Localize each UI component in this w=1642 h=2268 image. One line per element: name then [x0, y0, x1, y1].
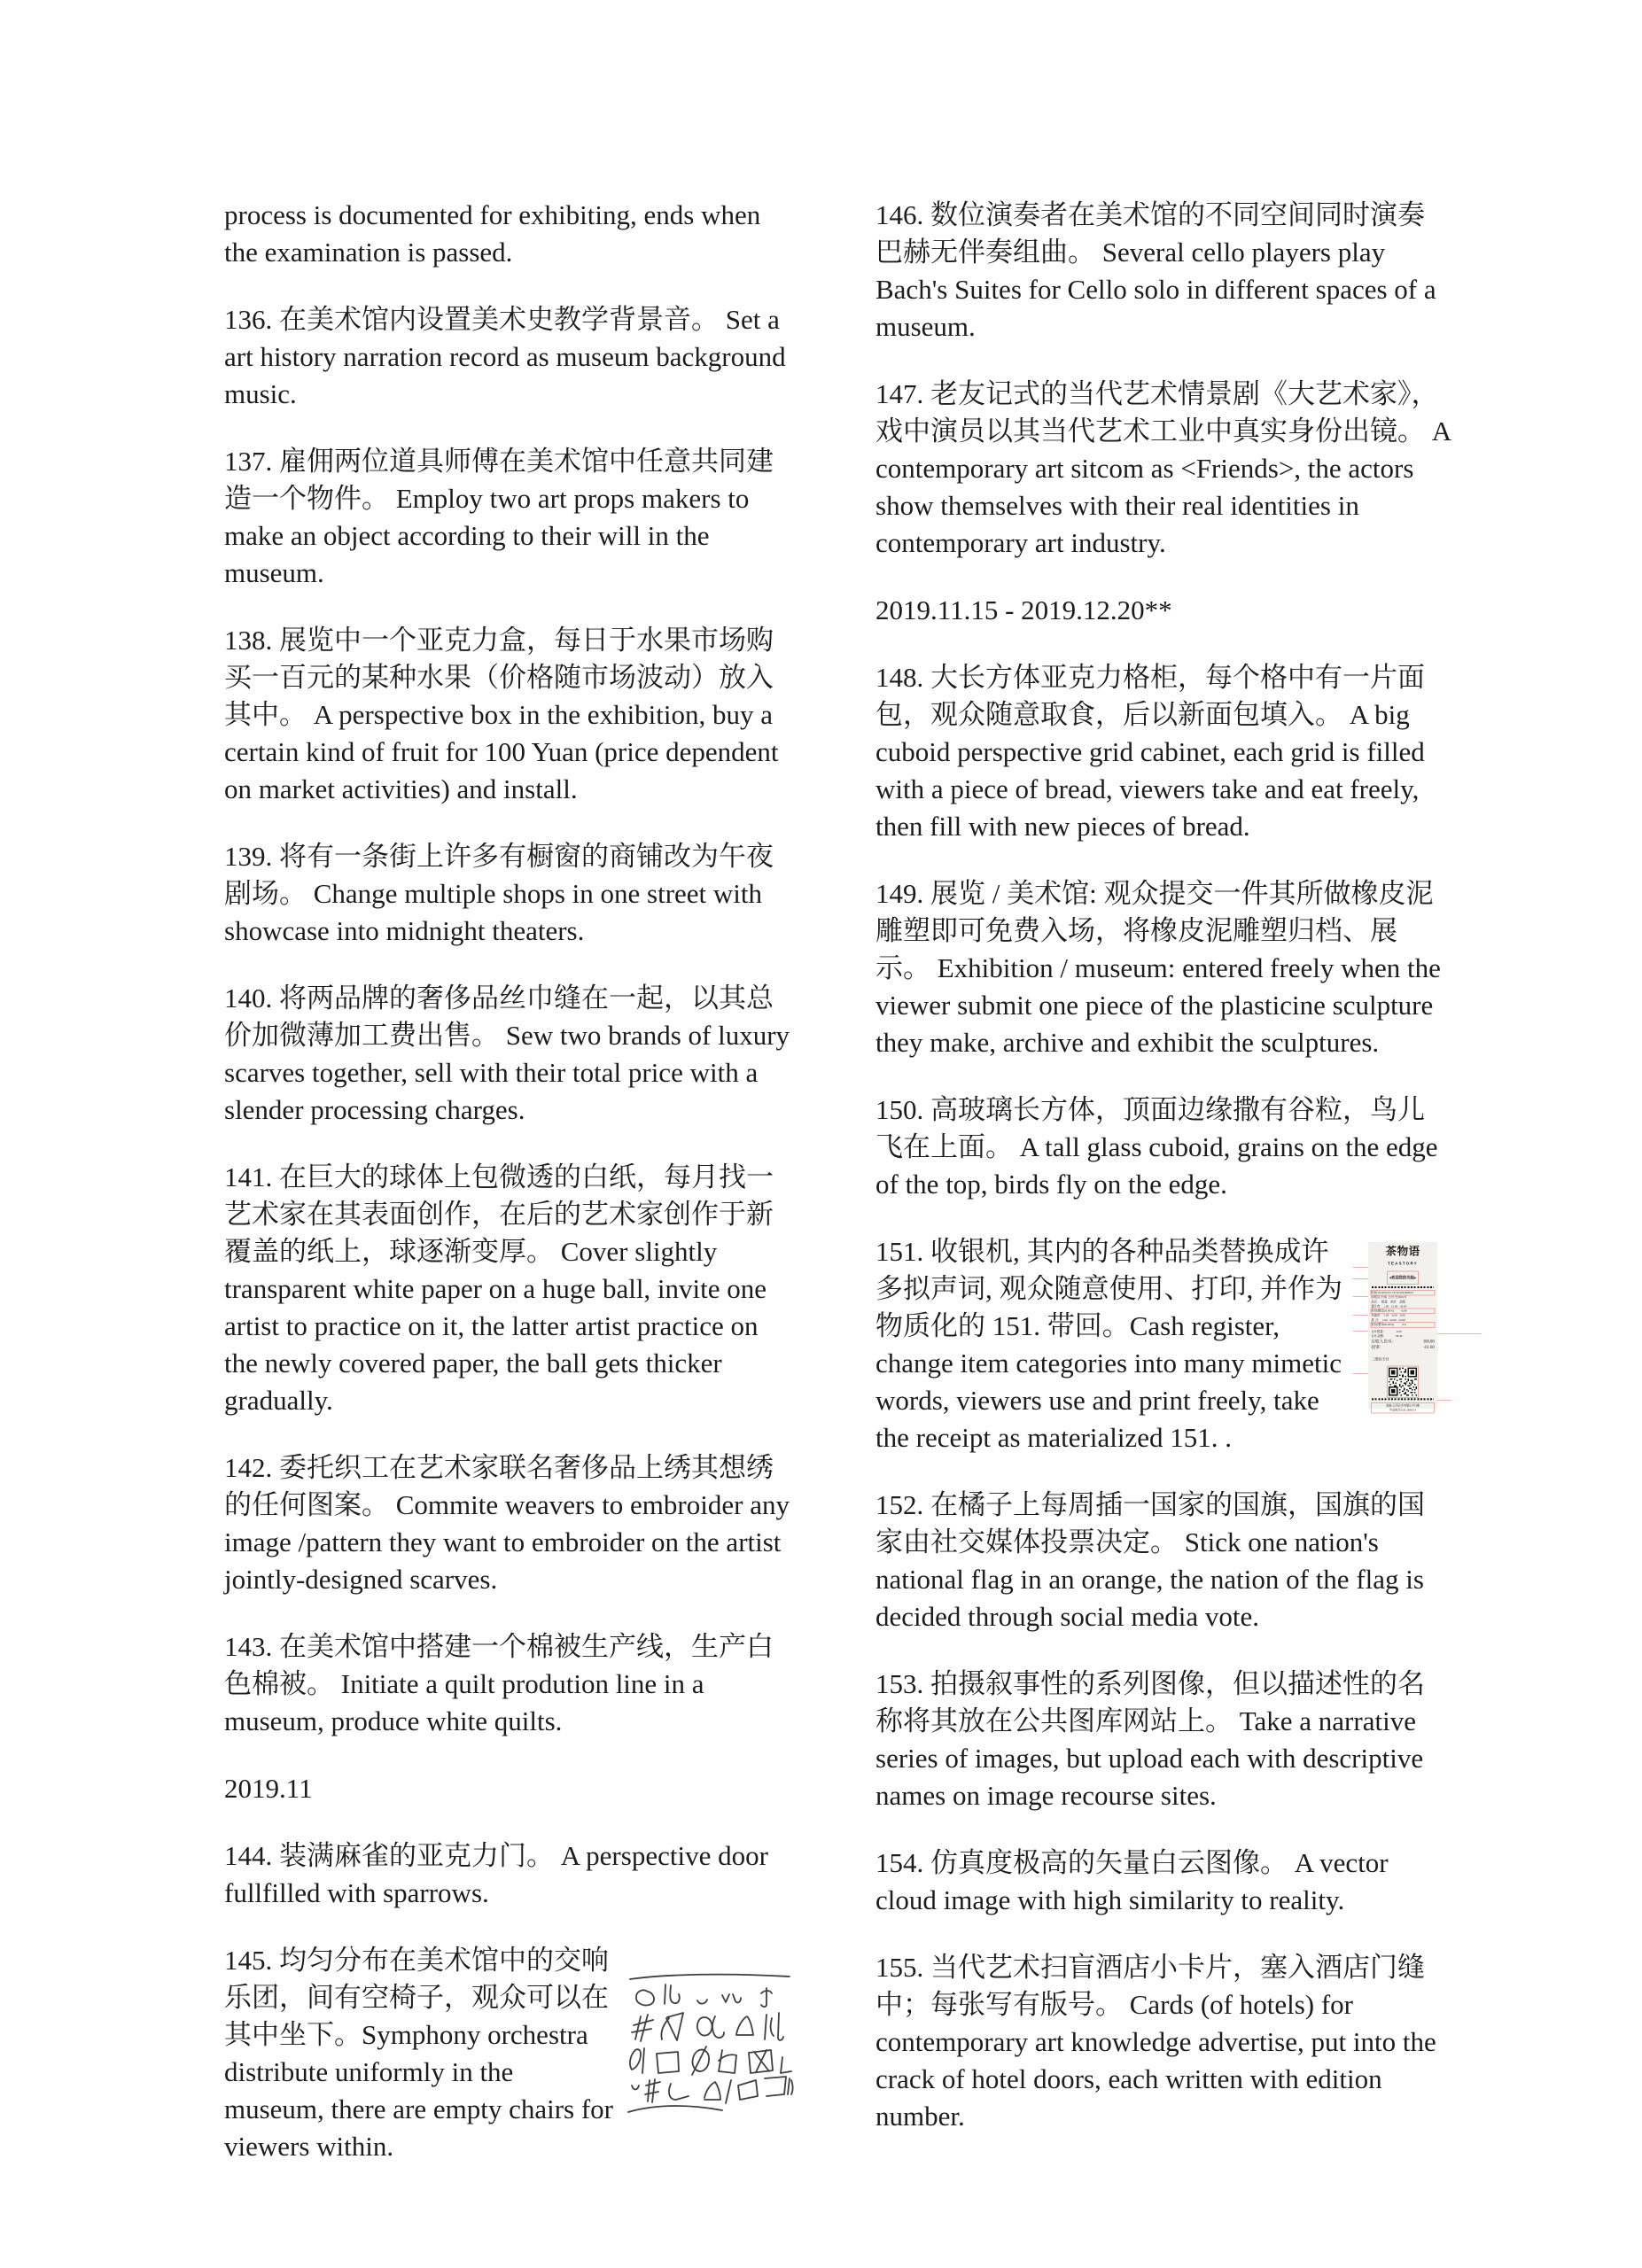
- item-151: 151. 收银机, 其内的各种品类替换成许多拟声词, 观众随意使用、打印, 并作…: [875, 1233, 1451, 1456]
- annotation-line: [1437, 1400, 1451, 1401]
- item-150: 150. 高玻璃长方体，顶面边缘撒有谷粒，鸟儿飞在上面。 A tall glas…: [875, 1091, 1451, 1203]
- annotation-line: [1353, 1267, 1368, 1268]
- handwriting-sketch: [623, 1961, 797, 2119]
- item-153: 153. 拍摄叙事性的系列图像，但以描述性的名称将其放在公共图库网站上。 Tak…: [875, 1666, 1451, 1814]
- annotation-line: [1353, 1315, 1368, 1316]
- annotation-line: [1353, 1331, 1368, 1332]
- receipt-footer: 地址:天河区车村镇口号3楼 外送电话:020-2896114: [1371, 1402, 1434, 1413]
- receipt-paid-label: 实收人民币:: [1371, 1339, 1393, 1345]
- receipt-logo: 茶物语: [1371, 1246, 1434, 1257]
- receipt-change-label: 找零:: [1371, 1345, 1381, 1351]
- annotation-line: [1353, 1278, 1368, 1279]
- annotation-line: [1437, 1333, 1482, 1334]
- item-145: 145. 均匀分布在美术馆中的交响乐团，间有空椅子，观众可以在其中坐下。Symp…: [224, 1942, 798, 2165]
- item-151-text: 151. 收银机, 其内的各种品类替换成许多拟声词, 观众随意使用、打印, 并作…: [875, 1233, 1354, 1456]
- receipt-dotted-divider: [1372, 1286, 1434, 1288]
- receipt-paid-value: 100.00: [1423, 1339, 1435, 1345]
- item-154: 154. 仿真度极高的矢量白云图像。 A vector cloud image …: [875, 1845, 1451, 1919]
- right-column: 146. 数位演奏者在美术馆的不同空间同时演奏巴赫无伴奏组曲。 Several …: [875, 197, 1451, 2135]
- item-155: 155. 当代艺术扫盲酒店小卡片，塞入酒店门缝中；每张写有版号。 Cards (…: [875, 1949, 1451, 2135]
- item-149: 149. 展览 / 美术馆: 观众提交一件其所做橡皮泥雕塑即可免费入场，将橡皮泥…: [875, 875, 1451, 1061]
- date-range-2019-11-15-2019-12-20: 2019.11.15 - 2019.12.20**: [875, 592, 1451, 629]
- receipt-footer-phone: 外送电话:020-2896114: [1372, 1408, 1433, 1412]
- receipt-dotted-divider: [1372, 1398, 1434, 1400]
- receipt-image: 茶物语 TEASTORY ◂欢迎您的光临▸ 时间:2016/02/01 18:4…: [1368, 1242, 1437, 1409]
- receipt-qr-label: 二维码支付: [1371, 1353, 1434, 1365]
- item-139: 139. 将有一条街上许多有橱窗的商铺改为午夜剧场。 Change multip…: [224, 838, 798, 950]
- receipt-row-discount-2: 折扣(整单20.00%) 9.6: [1371, 1323, 1434, 1327]
- item-138: 138. 展览中一个亚克力盒，每日于水果市场购买一百元的某种水果（价格随市场波动…: [224, 622, 798, 808]
- item-144: 144. 装满麻雀的亚克力门。 A perspective door fullf…: [224, 1837, 798, 1912]
- qr-code: [1389, 1368, 1417, 1396]
- receipt-paper: 茶物语 TEASTORY ◂欢迎您的光临▸ 时间:2016/02/01 18:4…: [1368, 1242, 1437, 1409]
- annotation-line: [1353, 1373, 1368, 1374]
- document-page: process is documented for exhibiting, en…: [0, 0, 1642, 2268]
- item-143: 143. 在美术馆中搭建一个棉被生产线，生产白色棉被。 Initiate a q…: [224, 1628, 798, 1740]
- item-140: 140. 将两品牌的奢侈品丝巾缝在一起，以其总价加微薄加工费出售。 Sew tw…: [224, 980, 798, 1129]
- annotation-line: [1353, 1296, 1368, 1297]
- item-148: 148. 大长方体亚克力格柜，每个格中有一片面包，观众随意取食，后以新面包填入。…: [875, 659, 1451, 845]
- item-136: 136. 在美术馆内设置美术史教学背景音。 Set a art history …: [224, 301, 798, 413]
- item-137: 137. 雇佣两位道具师傅在美术馆中任意共同建造一个物件。 Employ two…: [224, 443, 798, 592]
- item-141: 141. 在巨大的球体上包微透的白纸，每月找一艺术家在其表面创作，在后的艺术家创…: [224, 1159, 798, 1419]
- date-2019-11: 2019.11: [224, 1770, 798, 1807]
- left-column: process is documented for exhibiting, en…: [224, 197, 798, 2165]
- receipt-welcome-line: ◂欢迎您的光临▸: [1388, 1271, 1418, 1284]
- item-147: 147. 老友记式的当代艺术情景剧《大艺术家》，戏中演员以其当代艺术工业中真实身…: [875, 376, 1451, 562]
- item-135-continuation: process is documented for exhibiting, en…: [224, 197, 798, 271]
- item-146: 146. 数位演奏者在美术馆的不同空间同时演奏巴赫无伴奏组曲。 Several …: [875, 197, 1451, 346]
- item-152: 152. 在橘子上每周插一国家的国旗，国旗的国家由社交媒体投票决定。 Stick…: [875, 1487, 1451, 1635]
- receipt-logo-subtitle: TEASTORY: [1371, 1257, 1434, 1270]
- item-145-text: 145. 均匀分布在美术馆中的交响乐团，间有空椅子，观众可以在其中坐下。Symp…: [224, 1942, 616, 2165]
- item-142: 142. 委托织工在艺术家联名奢侈品上绣其想绣的任何图案。 Commite we…: [224, 1449, 798, 1598]
- receipt-change-value: -61.60: [1424, 1345, 1435, 1351]
